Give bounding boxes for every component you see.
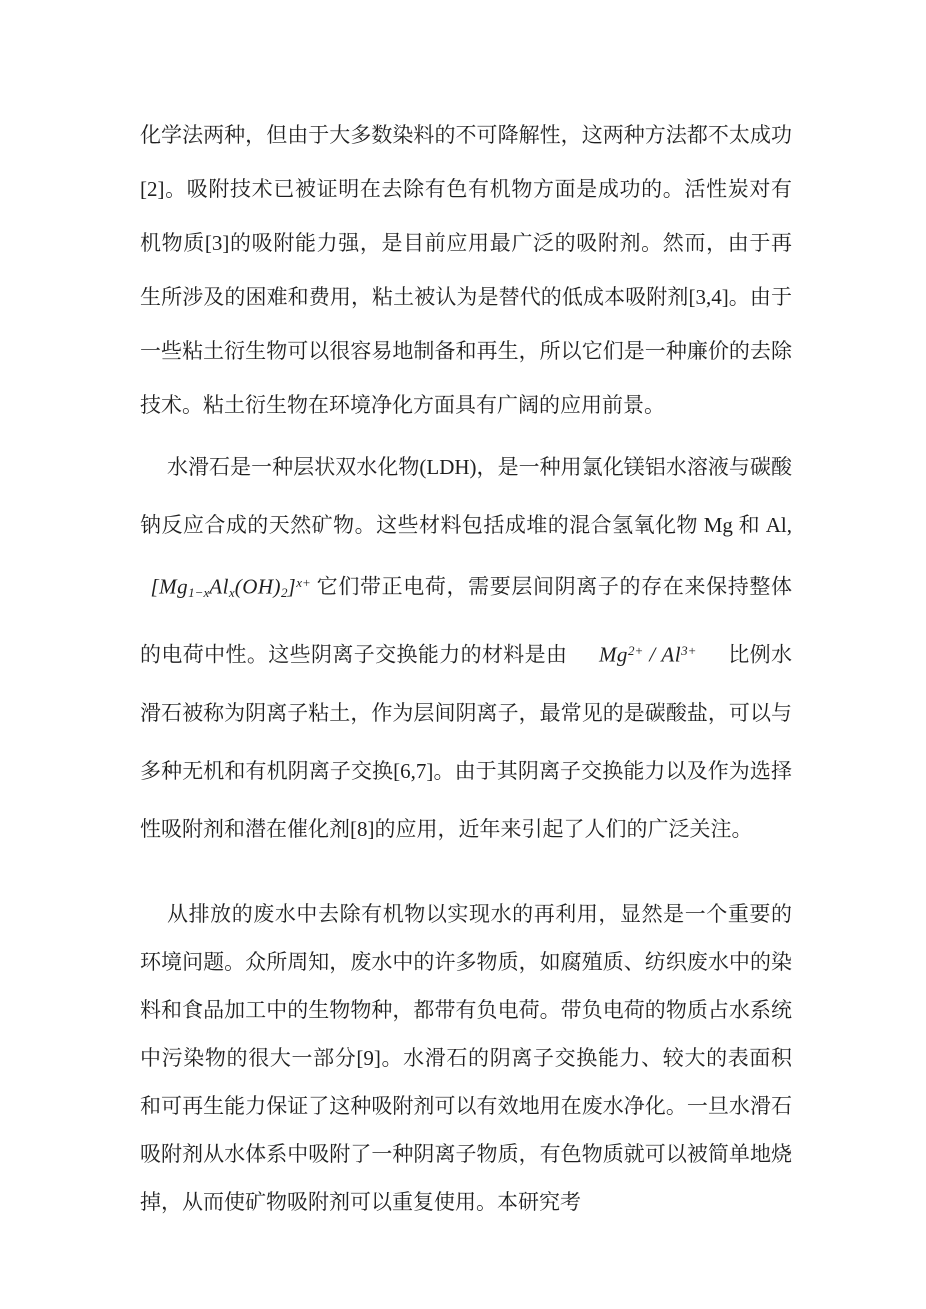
text-run: 化学法两种，但由于大多数染料的不可降解性，这两种方法都不太成功[2]。吸附技术已…: [140, 123, 792, 417]
paragraph: 水滑石是一种层状双水化物(LDH)，是一种用氯化镁铝水溶液与碳酸钠反应合成的天然…: [140, 438, 792, 858]
formula-run: / Al: [643, 643, 681, 667]
formula-run: Mg: [599, 643, 628, 667]
paragraph: 化学法两种，但由于大多数染料的不可降解性，这两种方法都不太成功[2]。吸附技术已…: [140, 108, 792, 432]
formula-run: ]: [288, 575, 297, 599]
text-run: 从排放的废水中去除有机物以实现水的再利用，显然是一个重要的环境问题。众所周知，废…: [140, 902, 792, 1214]
paragraph: 从排放的废水中去除有机物以实现水的再利用，显然是一个重要的环境问题。众所周知，废…: [140, 890, 792, 1226]
formula-run: Al: [209, 575, 229, 599]
document-page: 化学法两种，但由于大多数染料的不可降解性，这两种方法都不太成功[2]。吸附技术已…: [0, 0, 926, 1309]
formula-run: [Mg: [151, 575, 189, 599]
formula-run: 3+: [681, 643, 696, 658]
formula-run: (OH): [235, 575, 281, 599]
formula-run: x+: [296, 575, 311, 590]
formula-run: 1−x: [188, 585, 209, 600]
formula-run: 2+: [628, 643, 643, 658]
text-run: 比例水滑石被称为阴离子粘土，作为层间阴离子，最常见的是碳酸盐，可以与多种无机和有…: [140, 643, 792, 841]
